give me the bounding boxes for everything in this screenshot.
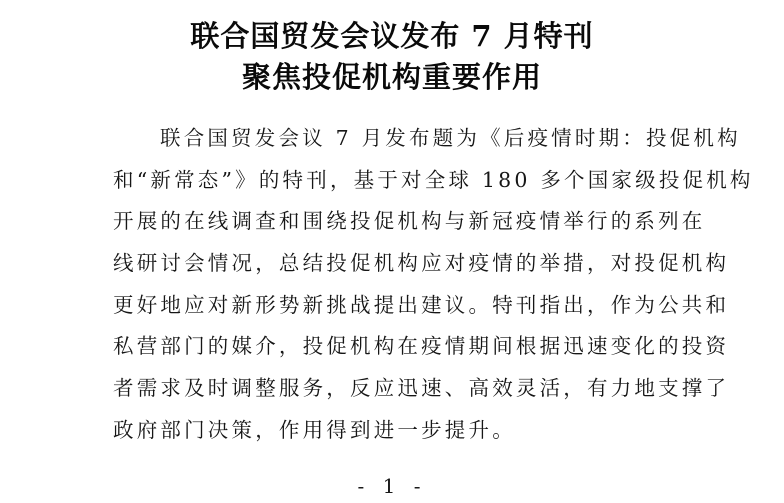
document-title-line-1: 联合国贸发会议发布 7 月特刊 bbox=[0, 14, 784, 55]
paragraph-line: 者需求及时调整服务，反应迅速、高效灵活，有力地支撑了 bbox=[113, 368, 673, 410]
paragraph-line: 更好地应对新形势新挑战提出建议。特刊指出，作为公共和 bbox=[113, 285, 673, 327]
document-title-line-2: 聚焦投促机构重要作用 bbox=[0, 55, 784, 96]
page-number: - 1 - bbox=[0, 474, 784, 498]
document-body-paragraph: 联合国贸发会议 7 月发布题为《后疫情时期：投促机构 和“新常态”》的特刊，基于… bbox=[113, 118, 673, 452]
paragraph-line: 和“新常态”》的特刊，基于对全球 180 多个国家级投促机构 bbox=[113, 160, 673, 202]
paragraph-line: 开展的在线调查和围绕投促机构与新冠疫情举行的系列在 bbox=[113, 201, 673, 243]
paragraph-line: 政府部门决策，作用得到进一步提升。 bbox=[113, 410, 673, 452]
paragraph-line: 私营部门的媒介，投促机构在疫情期间根据迅速变化的投资 bbox=[113, 326, 673, 368]
paragraph-line: 线研讨会情况，总结投促机构应对疫情的举措，对投促机构 bbox=[113, 243, 673, 285]
paragraph-line: 联合国贸发会议 7 月发布题为《后疫情时期：投促机构 bbox=[113, 118, 673, 160]
